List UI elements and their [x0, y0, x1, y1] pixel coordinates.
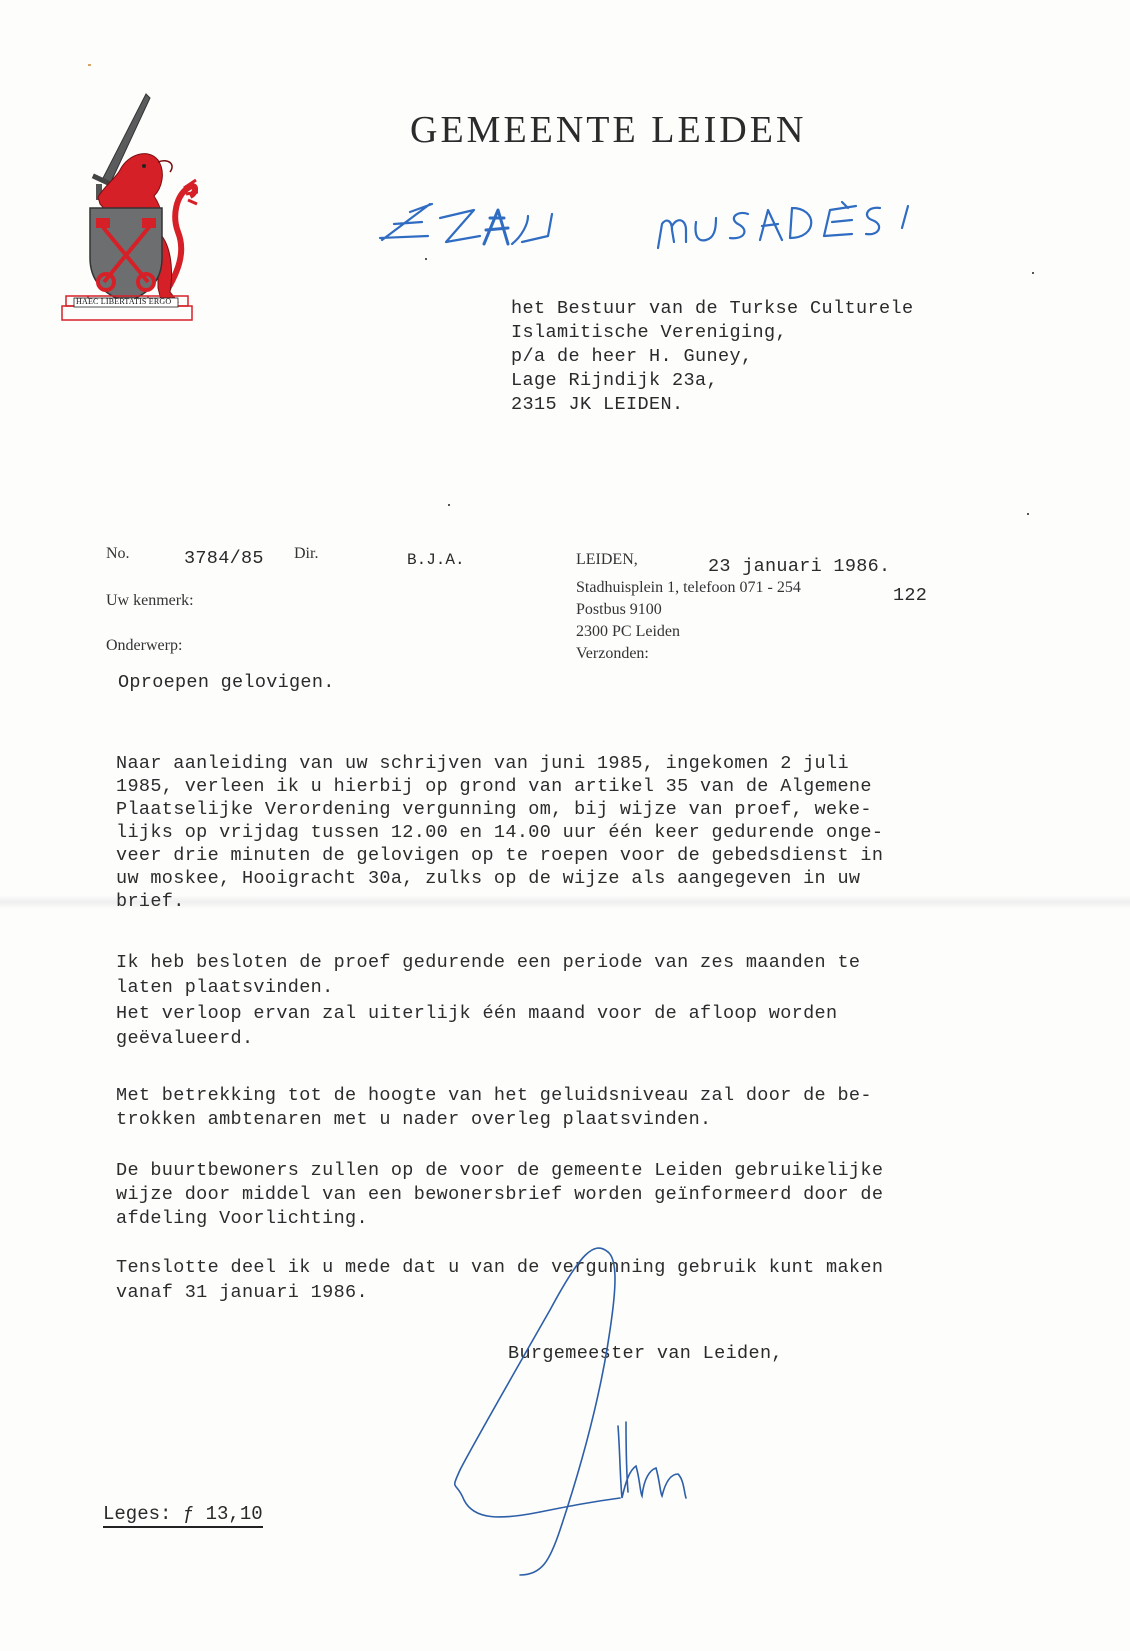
body-line: trokken ambtenaren met u nader overleg p… [116, 1109, 712, 1130]
body-line: wijze door middel van een bewonersbrief … [116, 1184, 883, 1205]
paper-speck [1027, 513, 1029, 515]
phone-suffix: 122 [893, 585, 927, 606]
body-line: lijks op vrijdag tussen 12.00 en 14.00 u… [116, 822, 883, 843]
body-line: Ik heb besloten de proef gedurende een p… [116, 952, 860, 973]
paper-speck [1032, 272, 1034, 274]
dir-value: B.J.A. [407, 551, 465, 569]
municipal-address: Stadhuisplein 1, telefoon 071 - 254 [576, 579, 801, 597]
recipient-line: Lage Rijndijk 23a, [511, 370, 718, 391]
body-line: uw moskee, Hooigracht 30a, zulks op de w… [116, 868, 860, 889]
recipient-line: 2315 JK LEIDEN. [511, 394, 684, 415]
paper-speck [88, 64, 91, 66]
paper-speck [425, 258, 427, 260]
body-line: afdeling Voorlichting. [116, 1208, 368, 1229]
body-line: Met betrekking tot de hoogte van het gel… [116, 1085, 872, 1106]
handwritten-signature-icon [430, 1230, 750, 1595]
letter-date: 23 januari 1986. [708, 556, 890, 577]
leiden-coat-of-arms-icon: HAEC LIBERTATIS ERGO [58, 92, 198, 327]
page-title: GEMEENTE LEIDEN [410, 108, 806, 152]
number-value: 3784/85 [184, 548, 264, 569]
body-line: 1985, verleen ik u hierbij op grond van … [116, 776, 872, 797]
dir-label: Dir. [294, 545, 318, 563]
body-line: brief. [116, 891, 185, 912]
uw-kenmerk-label: Uw kenmerk: [106, 592, 194, 610]
recipient-line: het Bestuur van de Turkse Culturele [511, 298, 914, 319]
fee-legend: Leges: ƒ 13,10 [103, 1503, 263, 1528]
motto-text: HAEC LIBERTATIS ERGO [76, 297, 171, 306]
body-line: vanaf 31 januari 1986. [116, 1282, 368, 1303]
body-line: Plaatselijke Verordening vergunning om, … [116, 799, 872, 820]
body-line: Het verloop ervan zal uiterlijk één maan… [116, 1003, 837, 1024]
number-label: No. [106, 545, 130, 563]
body-line: geëvalueerd. [116, 1028, 253, 1049]
subject: Oproepen gelovigen. [118, 672, 335, 693]
recipient-line: p/a de heer H. Guney, [511, 346, 753, 367]
onderwerp-label: Onderwerp: [106, 637, 182, 655]
postcode: 2300 PC Leiden [576, 623, 680, 641]
handwritten-note: EZAN MUSADESI [372, 196, 972, 271]
verzonden-label: Verzonden: [576, 645, 649, 663]
body-line: Naar aanleiding van uw schrijven van jun… [116, 753, 849, 774]
body-line: De buurtbewoners zullen op de voor de ge… [116, 1160, 883, 1181]
city-label: LEIDEN, [576, 551, 638, 569]
postbus: Postbus 9100 [576, 601, 662, 619]
body-line: laten plaatsvinden. [116, 977, 334, 998]
recipient-line: Islamitische Vereniging, [511, 322, 787, 343]
body-line: veer drie minuten de gelovigen op te roe… [116, 845, 883, 866]
paper-speck [448, 504, 450, 506]
